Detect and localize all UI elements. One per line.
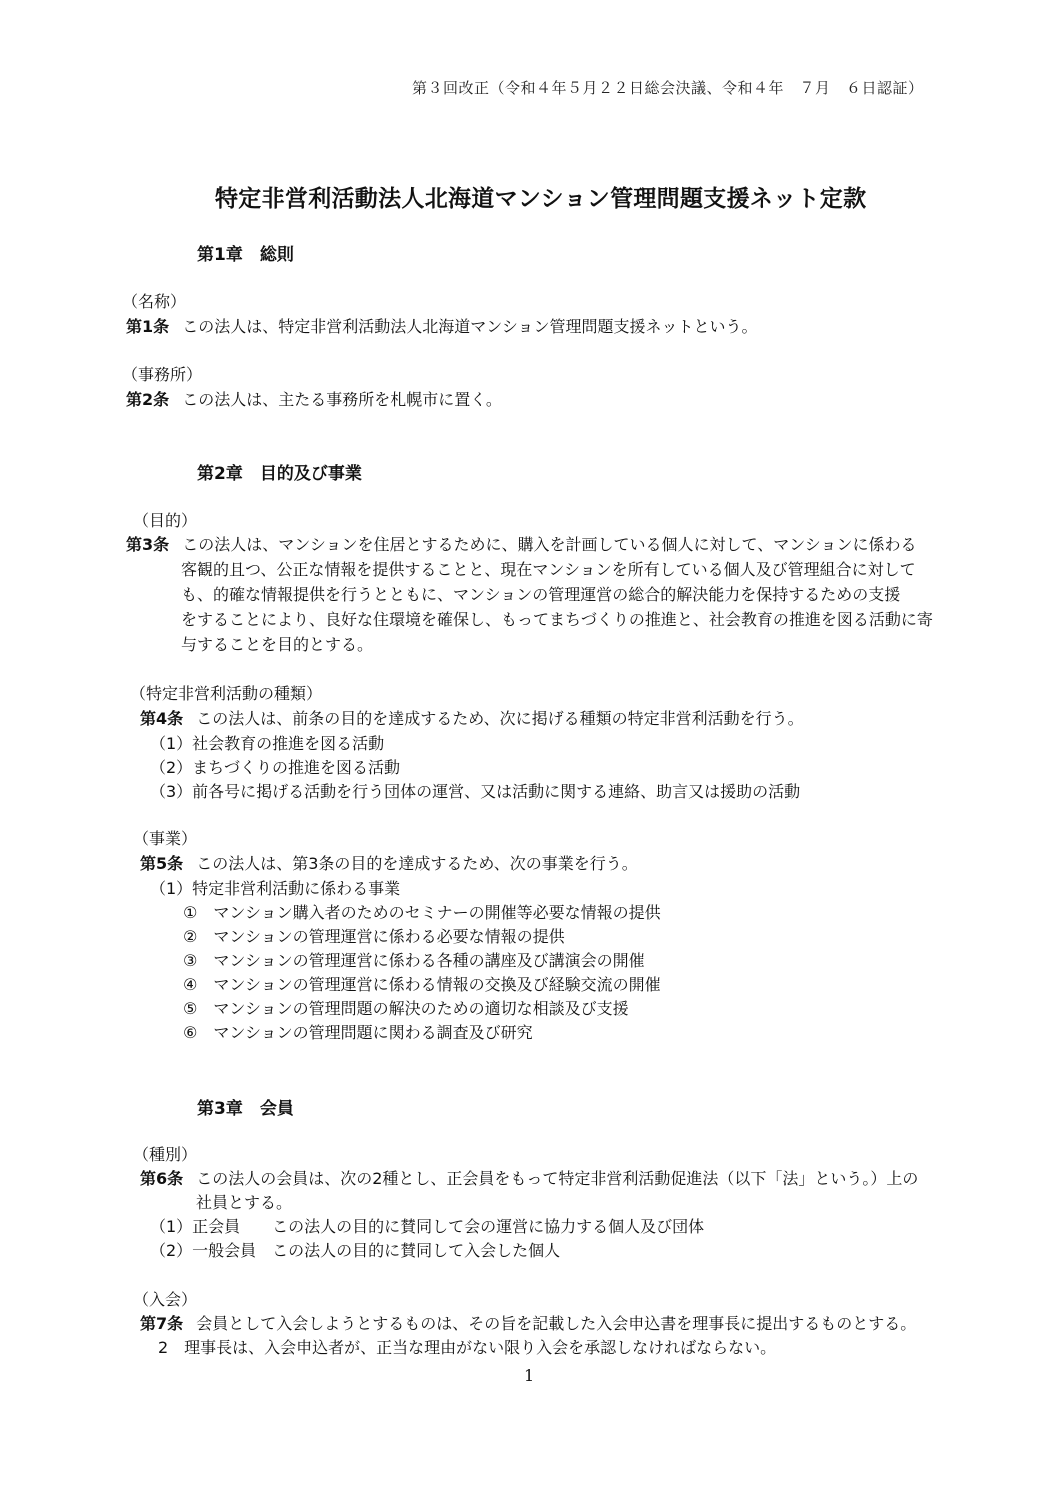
article-3-caption: （目的） (133, 508, 197, 531)
article-5-label: 第5条 (140, 854, 183, 873)
article-7-text: 会員として入会しようとするものは、その旨を記載した入会申込書を理事長に提出するも… (196, 1314, 916, 1333)
article-5-subitem-2: ② マンションの管理運営に係わる必要な情報の提供 (183, 924, 565, 947)
article-4-label: 第4条 (140, 709, 183, 728)
article-1-text: この法人は、特定非営利活動法人北海道マンション管理問題支援ネットという。 (182, 317, 757, 336)
article-2: 第2条 この法人は、主たる事務所を札幌市に置く。 (126, 387, 502, 410)
article-3-line-2: 客観的且つ、公正な情報を提供することと、現在マンションを所有している個人及び管理… (181, 557, 916, 580)
article-5-subitem-5: ⑤ マンションの管理問題の解決のための適切な相談及び支援 (183, 996, 629, 1019)
article-6-line-2: 社員とする。 (196, 1190, 292, 1213)
article-3-label: 第3条 (126, 535, 169, 554)
article-2-label: 第2条 (126, 390, 169, 409)
article-3: 第3条 この法人は、マンションを住居とするために、購入を計画している個人に対して… (126, 532, 916, 555)
chapter-2-heading: 第2章 目的及び事業 (197, 459, 362, 484)
article-6-item-1: （1）正会員 この法人の目的に賛同して会の運営に協力する個人及び団体 (150, 1214, 704, 1237)
chapter-3-heading: 第3章 会員 (197, 1094, 294, 1119)
article-1-label: 第1条 (126, 317, 169, 336)
article-2-caption: （事務所） (122, 362, 202, 385)
article-4-item-1: （1）社会教育の推進を図る活動 (150, 731, 384, 754)
article-6-line-1: この法人の会員は、次の2種とし、正会員をもって特定非営利活動促進法（以下「法」と… (196, 1169, 918, 1188)
article-3-line-4: をすることにより、良好な住環境を確保し、もってまちづくりの推進と、社会教育の推進… (181, 607, 933, 630)
article-3-line-1: この法人は、マンションを住居とするために、購入を計画している個人に対して、マンシ… (182, 535, 916, 554)
article-4-caption: （特定非営利活動の種類） (130, 681, 322, 704)
article-7-label: 第7条 (140, 1314, 183, 1333)
article-7: 第7条 会員として入会しようとするものは、その旨を記載した入会申込書を理事長に提… (140, 1311, 916, 1334)
article-5-item-1: （1）特定非営利活動に係わる事業 (150, 876, 400, 899)
revision-note: 第３回改正（令和４年５月２２日総会決議、令和４年 ７月 ６日認証） (412, 77, 924, 98)
article-3-line-5: 与することを目的とする。 (181, 632, 373, 655)
chapter-1-heading: 第1章 総則 (197, 240, 294, 265)
article-7-caption: （入会） (133, 1287, 197, 1310)
article-1: 第1条 この法人は、特定非営利活動法人北海道マンション管理問題支援ネットという。 (126, 314, 758, 337)
article-3-line-3: も、的確な情報提供を行うとともに、マンションの管理運営の総合的解決能力を保持する… (181, 582, 900, 605)
article-2-text: この法人は、主たる事務所を札幌市に置く。 (182, 390, 502, 409)
article-4-item-3: （3）前各号に掲げる活動を行う団体の運営、又は活動に関する連絡、助言又は援助の活… (150, 779, 800, 802)
article-6-label: 第6条 (140, 1169, 183, 1188)
article-5: 第5条 この法人は、第3条の目的を達成するため、次の事業を行う。 (140, 851, 638, 874)
article-1-caption: （名称） (122, 289, 186, 312)
article-5-subitem-3: ③ マンションの管理運営に係わる各種の講座及び講演会の開催 (183, 948, 645, 971)
article-6: 第6条 この法人の会員は、次の2種とし、正会員をもって特定非営利活動促進法（以下… (140, 1166, 918, 1189)
article-6-caption: （種別） (133, 1142, 197, 1165)
document-title: 特定非営利活動法人北海道マンション管理問題支援ネット定款 (215, 180, 866, 213)
article-4-text: この法人は、前条の目的を達成するため、次に掲げる種類の特定非営利活動を行う。 (196, 709, 803, 728)
article-6-item-2: （2）一般会員 この法人の目的に賛同して入会した個人 (150, 1238, 560, 1261)
article-5-subitem-6: ⑥ マンションの管理問題に関わる調査及び研究 (183, 1020, 533, 1043)
article-5-subitem-4: ④ マンションの管理運営に係わる情報の交換及び経験交流の開催 (183, 972, 661, 995)
article-5-caption: （事業） (133, 826, 197, 849)
article-5-subitem-1: ① マンション購入者のためのセミナーの開催等必要な情報の提供 (183, 900, 661, 923)
article-5-text: この法人は、第3条の目的を達成するため、次の事業を行う。 (196, 854, 638, 873)
page-number: 1 (524, 1366, 534, 1385)
article-4-item-2: （2）まちづくりの推進を図る活動 (150, 755, 400, 778)
article-4: 第4条 この法人は、前条の目的を達成するため、次に掲げる種類の特定非営利活動を行… (140, 706, 804, 729)
article-7-paragraph-2: 2 理事長は、入会申込者が、正当な理由がない限り入会を承認しなければならない。 (158, 1335, 776, 1358)
